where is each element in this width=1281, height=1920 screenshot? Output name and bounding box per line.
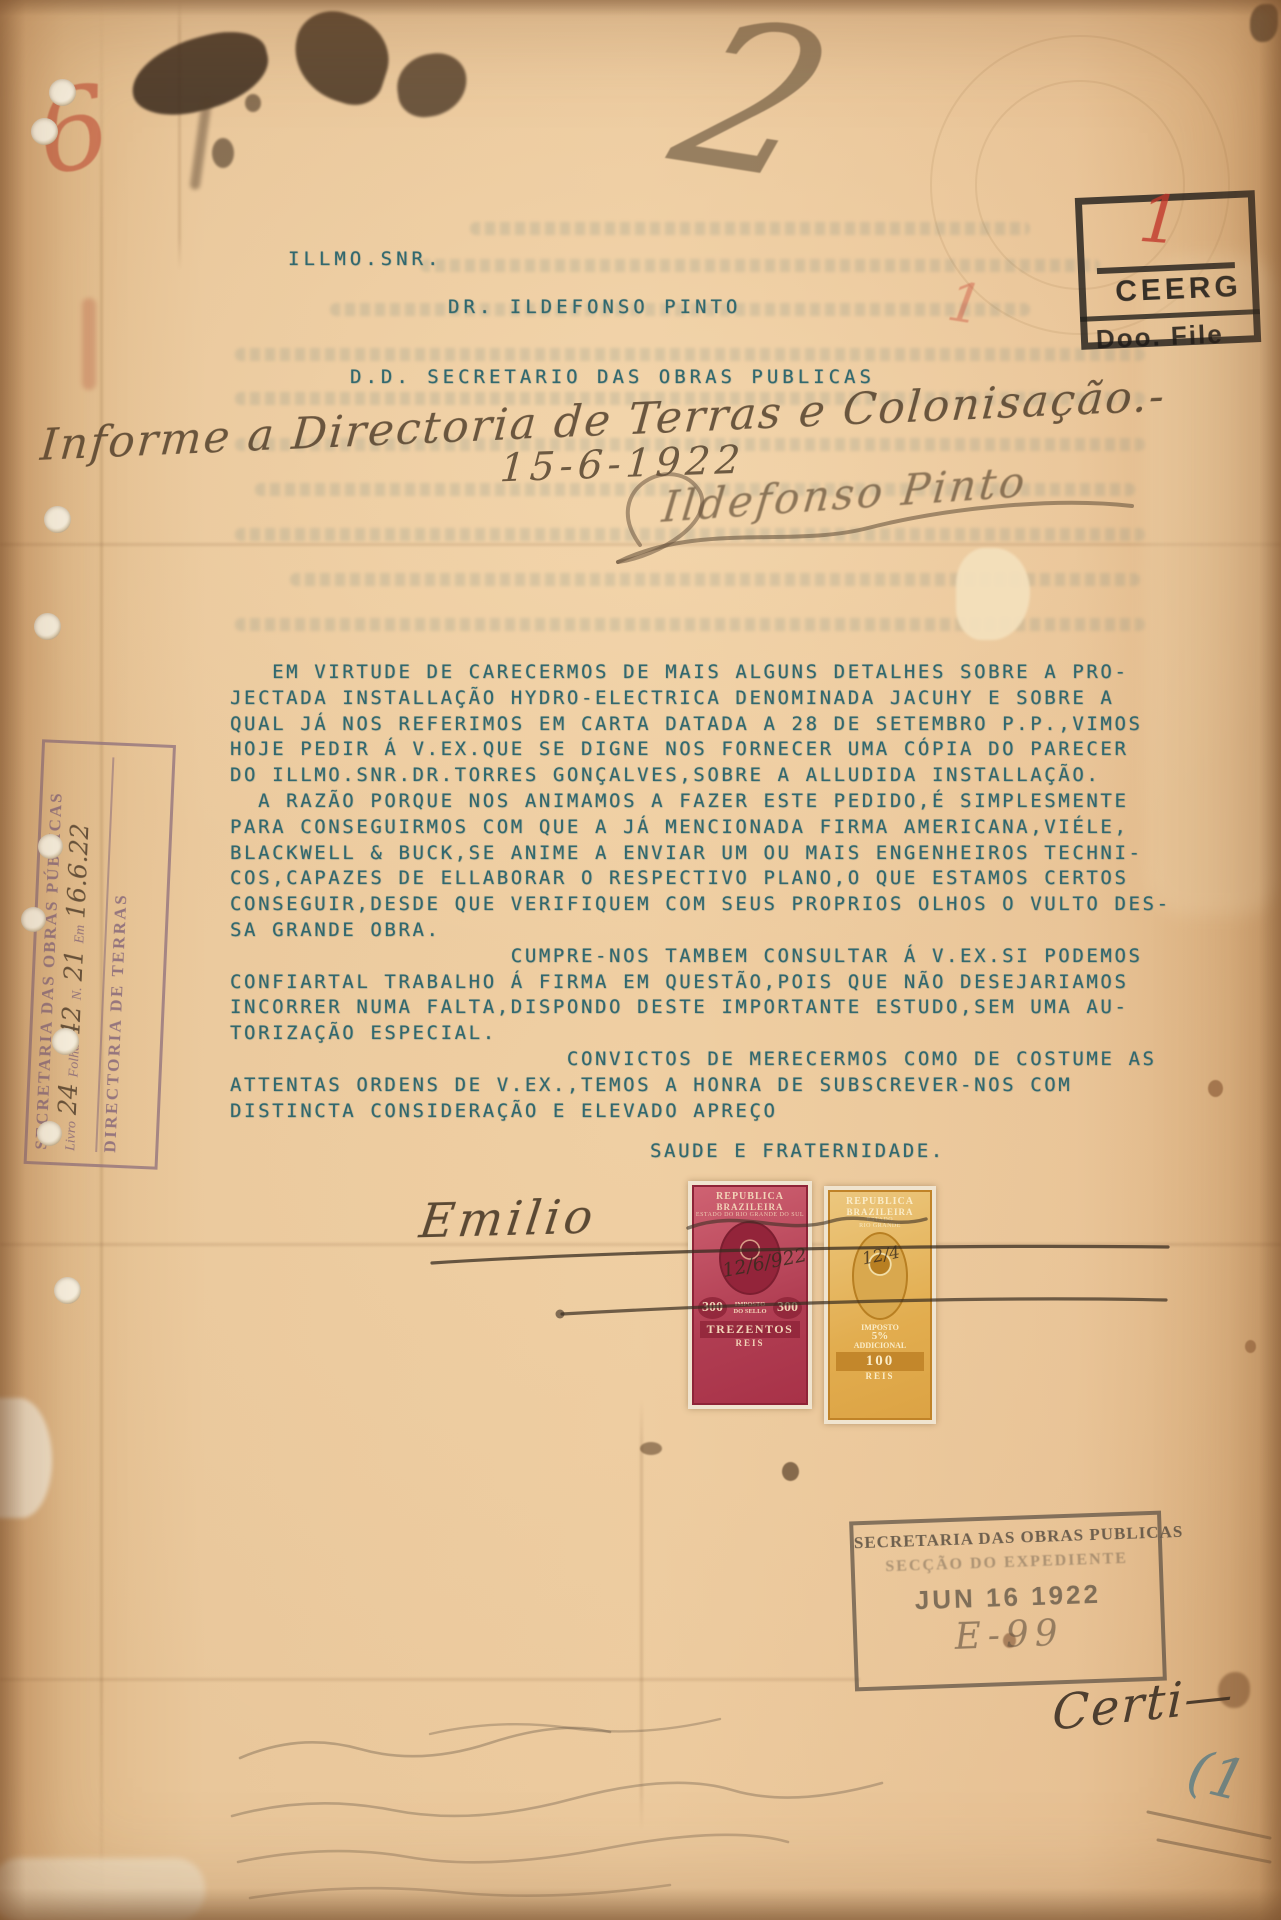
body-line: BLACKWELL & BUCK,SE ANIME A ENVIAR UM OU… xyxy=(230,841,1171,867)
punch-hole xyxy=(44,506,71,533)
ceerg-org-label: CEERG xyxy=(1114,270,1242,309)
ceerg-red-number: 1 xyxy=(1136,180,1184,260)
sender-signature: Emilio xyxy=(416,1190,599,1250)
stamp-value-left: 300 xyxy=(698,1297,727,1319)
stain-dot xyxy=(1245,1340,1256,1353)
stamp-state2: RIO GRANDE xyxy=(830,1223,930,1229)
punch-hole xyxy=(49,79,76,106)
body-line: DO ILLMO.SNR.DR.TORRES GONÇALVES,SOBRE A… xyxy=(230,763,1171,789)
body-line: DISTINCTA CONSIDERAÇÃO E ELEVADO APREÇO xyxy=(230,1099,1171,1125)
body-line: JECTADA INSTALLAÇÃO HYDRO-ELECTRICA DENO… xyxy=(230,686,1171,712)
red-smear xyxy=(82,298,96,390)
body-line: HOJE PEDIR Á V.EX.QUE SE DIGNE NOS FORNE… xyxy=(230,737,1171,763)
body-line: A RAZÃO PORQUE NOS ANIMAMOS A FAZER ESTE… xyxy=(230,789,1171,815)
recipient-title: D.D. SECRETARIO DAS OBRAS PUBLICAS xyxy=(350,366,875,388)
punch-hole xyxy=(37,1121,62,1146)
bleed-row xyxy=(420,259,1100,272)
body-line: CONSEGUIR,DESDE QUE VERIFIQUEM COM SEUS … xyxy=(230,892,1171,918)
ceerg-file-stamp: 1 CEERG Doo. File xyxy=(1075,190,1261,350)
ink-dot xyxy=(1250,4,1278,42)
ink-blob xyxy=(282,1,400,112)
stain-dot xyxy=(640,1442,662,1455)
ink-blob xyxy=(393,49,471,120)
body-line: COS,CAPAZES DE ELLABORAR O RESPECTIVO PL… xyxy=(230,866,1171,892)
fold-crease xyxy=(0,543,1281,546)
paper-chip xyxy=(956,548,1030,640)
bleed-row xyxy=(235,528,1145,541)
margin-registry-stamp: SECRETARIA DAS OBRAS PÚBLICAS Livro 24 F… xyxy=(36,742,176,1170)
em-label: Em xyxy=(72,925,89,944)
expediente-number: E-99 xyxy=(857,1610,1162,1662)
livro-label: Livro xyxy=(63,1121,80,1151)
stamp-country: REPUBLICA xyxy=(694,1187,806,1202)
edge-tear-light xyxy=(0,1858,205,1920)
numero-label: N. xyxy=(70,987,87,1001)
livro-value: 24 xyxy=(53,1082,83,1115)
ink-dot xyxy=(212,138,234,168)
edge-band-left xyxy=(0,0,26,1920)
edge-band-top xyxy=(0,0,1281,16)
edge-band-bottom xyxy=(0,1888,1281,1920)
expediente-stamp: SECRETARIA DAS OBRAS PUBLICAS SECÇÃO DO … xyxy=(849,1511,1167,1692)
ceerg-doc-file-label: Doo. File xyxy=(1095,319,1224,356)
body-line: QUAL JÁ NOS REFERIMOS EM CARTA DATADA A … xyxy=(230,712,1171,738)
punch-hole xyxy=(52,1028,79,1055)
fold-crease xyxy=(0,1243,1281,1246)
body-line: TORIZAÇÃO ESPECIAL. xyxy=(230,1021,1171,1047)
letter-body: EM VIRTUDE DE CARECERMOS DE MAIS ALGUNS … xyxy=(230,660,1171,1124)
expediente-org-label: SECRETARIA DAS OBRAS PUBLICAS xyxy=(854,1523,1159,1554)
stain-dot xyxy=(782,1462,799,1481)
revenue-stamp-100-reis: REPUBLICA BRAZILEIRA ESTADO RIO GRANDE I… xyxy=(824,1186,936,1424)
faint-red-one: 1 xyxy=(943,270,987,338)
scanned-letter-page: 2 6 1 CEERG Doo. File 1 ILLMO.SNR. DR. I… xyxy=(0,0,1281,1920)
body-line: ATTENTAS ORDENS DE V.EX.,TEMOS A HONRA D… xyxy=(230,1073,1171,1099)
blue-corner-mark: (1 xyxy=(1181,1738,1253,1815)
body-line: SA GRANDE OBRA. xyxy=(230,918,1171,944)
edge-tear-light xyxy=(0,1398,52,1518)
stamp-reis: REIS xyxy=(830,1371,930,1381)
stamp-value-right: 300 xyxy=(773,1297,802,1319)
edge-band-right xyxy=(1259,0,1281,1920)
salutation: ILLMO.SNR. xyxy=(288,248,442,270)
fold-crease xyxy=(640,1400,643,1830)
punch-hole xyxy=(21,907,46,932)
bleed-row xyxy=(290,573,1140,586)
body-line: EM VIRTUDE DE CARECERMOS DE MAIS ALGUNS … xyxy=(230,660,1171,686)
bleed-row xyxy=(235,618,1145,631)
punch-hole xyxy=(54,1277,81,1304)
fold-crease xyxy=(178,0,181,270)
expediente-section-label: SECÇÃO DO EXPEDIENTE xyxy=(854,1549,1158,1578)
body-line: CONVICTOS DE MERECERMOS COMO DE COSTUME … xyxy=(230,1047,1171,1073)
revenue-stamp-300-reis: REPUBLICA BRAZILEIRA ESTADO DO RIO GRAND… xyxy=(688,1181,812,1409)
ink-dot xyxy=(245,94,261,112)
punch-hole xyxy=(34,613,61,640)
stain-dot xyxy=(1208,1080,1223,1097)
stamp-value: 100 xyxy=(836,1352,924,1371)
imposto-do-sello: IMPOSTO DO SELLO xyxy=(733,1301,766,1315)
punch-hole xyxy=(38,834,63,859)
punch-hole xyxy=(31,118,58,145)
body-line: CUMPRE-NOS TAMBEM CONSULTAR Á V.EX.SI PO… xyxy=(230,944,1171,970)
stamp-country2: BRAZILEIRA xyxy=(694,1202,806,1212)
stamp-reis: REIS xyxy=(694,1338,806,1348)
body-line: INCORRER NUMA FALTA,DISPONDO DESTE IMPOR… xyxy=(230,995,1171,1021)
stamp-country2: BRAZILEIRA xyxy=(830,1207,930,1217)
pencil-figure-two: 2 xyxy=(649,0,857,225)
stamp-values: 300 IMPOSTO DO SELLO 300 xyxy=(694,1297,806,1319)
ink-streak xyxy=(189,95,212,190)
ink-blob xyxy=(123,22,276,126)
closing-line: SAUDE E FRATERNIDADE. xyxy=(650,1140,945,1162)
recipient-name: DR. ILDEFONSO PINTO xyxy=(448,296,741,318)
body-line: CONFIARTAL TRABALHO Á FIRMA EM QUESTÃO,P… xyxy=(230,970,1171,996)
imposto-addicional: IMPOSTO 5% ADDICIONAL xyxy=(830,1323,930,1350)
stamp-state: ESTADO DO RIO GRANDE DO SUL xyxy=(694,1212,806,1218)
stamp-value-words: TREZENTOS xyxy=(700,1321,800,1338)
numero-value: 21 xyxy=(59,949,89,982)
bleed-row xyxy=(235,348,1145,361)
fold-crease xyxy=(0,1678,860,1681)
bleed-row xyxy=(470,222,1030,235)
em-value: 16.6.22 xyxy=(61,823,94,920)
body-line: PARA CONSEGUIRMOS COM QUE A JÁ MENCIONAD… xyxy=(230,815,1171,841)
stamp-country: REPUBLICA xyxy=(830,1192,930,1207)
